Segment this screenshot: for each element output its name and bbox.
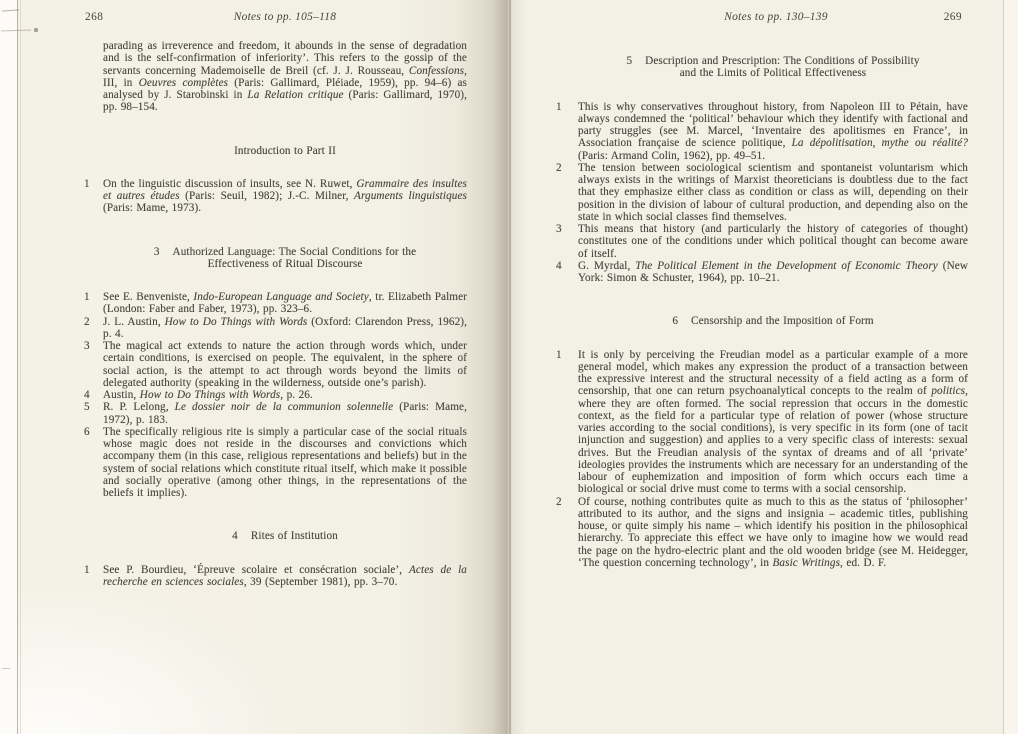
right-page-header: Notes to pp. 130–139 269 bbox=[512, 0, 1004, 38]
note-number: 1 bbox=[84, 564, 90, 576]
italic-text: The Political Element in the Development… bbox=[635, 260, 938, 272]
note-item: 3This means that history (and particular… bbox=[578, 223, 968, 260]
heading-line: and the Limits of Political Effectivenes… bbox=[578, 67, 968, 79]
note-item: 1See P. Bourdieu, ‘Épreuve scolaire et c… bbox=[103, 564, 467, 589]
italic-text: La Relation critique bbox=[247, 89, 343, 101]
note-text: The magical act extends to nature the ac… bbox=[103, 340, 467, 389]
italic-text: Confessions bbox=[409, 65, 464, 77]
left-page: 268 Notes to pp. 105–118 parading as irr… bbox=[17, 0, 508, 734]
heading-line: Introduction to Part II bbox=[103, 145, 467, 157]
right-page: Notes to pp. 130–139 269 5Description an… bbox=[512, 0, 1004, 734]
note-item: 2The tension between sociological scient… bbox=[578, 162, 968, 223]
note-number: 4 bbox=[84, 389, 90, 401]
note-item: 2J. L. Austin, How to Do Things with Wor… bbox=[103, 316, 467, 341]
pencil-mark bbox=[2, 668, 10, 671]
scan-left-margin bbox=[0, 0, 17, 734]
note-number: 4 bbox=[556, 260, 562, 272]
heading-line: Effectiveness of Ritual Discourse bbox=[103, 258, 467, 270]
heading-line: 5Description and Prescription: The Condi… bbox=[578, 55, 968, 67]
italic-text: La dépolitisation, mythe ou réalité? bbox=[792, 137, 968, 149]
note-number: 3 bbox=[556, 223, 562, 235]
note-item: 2Of course, nothing contributes quite as… bbox=[578, 496, 968, 570]
text-run: See E. Benveniste, bbox=[103, 291, 193, 303]
note-item: 1On the linguistic discussion of insults… bbox=[103, 178, 467, 215]
text-run: It is only by perceiving the Freudian mo… bbox=[578, 349, 968, 398]
text-run: (Paris: Seuil, 1982); J.-C. Milner, bbox=[180, 190, 354, 202]
pencil-mark bbox=[34, 28, 38, 32]
note-text: The tension between sociological scienti… bbox=[578, 162, 968, 223]
note-number: 1 bbox=[556, 349, 562, 361]
note-text: It is only by perceiving the Freudian mo… bbox=[578, 349, 968, 496]
note-item: 5R. P. Lelong, Le dossier noir de la com… bbox=[103, 401, 467, 426]
note-text: Of course, nothing contributes quite as … bbox=[578, 496, 968, 570]
note-number: 3 bbox=[84, 340, 90, 352]
text-run: On the linguistic discussion of insults,… bbox=[103, 178, 356, 190]
note-text: G. Myrdal, The Political Element in the … bbox=[578, 260, 968, 285]
note-item: 3The magical act extends to nature the a… bbox=[103, 340, 467, 389]
heading-line: 3Authorized Language: The Social Conditi… bbox=[103, 246, 467, 258]
italic-text: Le dossier noir de la communion solennel… bbox=[175, 401, 394, 413]
note-item: 1This is why conservatives throughout hi… bbox=[578, 101, 968, 162]
italic-text: Basic Writings bbox=[773, 557, 841, 569]
right-running-title: Notes to pp. 130–139 bbox=[578, 11, 974, 23]
note-item: 6The specifically religious rite is simp… bbox=[103, 426, 467, 500]
heading-number: 4 bbox=[232, 530, 238, 542]
left-page-number: 268 bbox=[85, 11, 103, 23]
text-run: The tension between sociological scienti… bbox=[578, 162, 968, 223]
heading-line: 6Censorship and the Imposition of Form bbox=[578, 315, 968, 327]
note-item: 1It is only by perceiving the Freudian m… bbox=[578, 349, 968, 496]
section-heading: 3Authorized Language: The Social Conditi… bbox=[103, 246, 467, 271]
section-heading: Introduction to Part II bbox=[103, 145, 467, 157]
note-item: 4Austin, How to Do Things with Words, p.… bbox=[103, 389, 467, 401]
text-run: , 39 (September 1981), pp. 3–70. bbox=[244, 576, 398, 588]
text-run: G. Myrdal, bbox=[578, 260, 635, 272]
text-run: , where they are often formed. The socia… bbox=[578, 385, 968, 495]
text-run: (Paris: Mame, 1973). bbox=[103, 202, 201, 214]
note-number: 2 bbox=[84, 316, 90, 328]
note-text: See P. Bourdieu, ‘Épreuve scolaire et co… bbox=[103, 564, 467, 589]
note-text: On the linguistic discussion of insults,… bbox=[103, 178, 467, 215]
book-gutter-crease bbox=[509, 0, 511, 734]
note-text: The specifically religious rite is simpl… bbox=[103, 426, 467, 500]
right-page-content: 5Description and Prescription: The Condi… bbox=[512, 55, 1004, 569]
text-run: J. L. Austin, bbox=[103, 316, 165, 328]
note-text: Austin, How to Do Things with Words, p. … bbox=[103, 389, 467, 401]
text-run: , ed. D. F. bbox=[840, 557, 886, 569]
section-heading: 5Description and Prescription: The Condi… bbox=[578, 55, 968, 80]
left-page-header: 268 Notes to pp. 105–118 bbox=[17, 0, 508, 38]
note-number: 1 bbox=[556, 101, 562, 113]
text-run: See P. Bourdieu, ‘Épreuve scolaire et co… bbox=[103, 564, 409, 576]
text-run: , p. 26. bbox=[280, 389, 313, 401]
note-number: 5 bbox=[84, 401, 90, 413]
heading-number: 3 bbox=[154, 246, 160, 258]
italic-text: Oeuvres complètes bbox=[139, 77, 228, 89]
note-number: 2 bbox=[556, 162, 562, 174]
heading-number: 5 bbox=[626, 55, 632, 67]
text-run: The specifically religious rite is simpl… bbox=[103, 426, 467, 499]
italic-text: How to Do Things with Words bbox=[140, 389, 280, 401]
note-text: This is why conservatives throughout his… bbox=[578, 101, 968, 162]
note-item: 4G. Myrdal, The Political Element in the… bbox=[578, 260, 968, 285]
section-heading: 6Censorship and the Imposition of Form bbox=[578, 315, 968, 327]
right-page-edge bbox=[1003, 0, 1004, 734]
paragraph: parading as irreverence and freedom, it … bbox=[103, 40, 467, 114]
note-number: 2 bbox=[556, 496, 562, 508]
italic-text: How to Do Things with Words bbox=[165, 316, 308, 328]
note-item: 1See E. Benveniste, Indo-European Langua… bbox=[103, 291, 467, 316]
heading-number: 6 bbox=[672, 315, 678, 327]
right-page-number: 269 bbox=[944, 11, 962, 23]
italic-text: politics bbox=[931, 385, 965, 397]
note-number: 1 bbox=[84, 291, 90, 303]
note-number: 1 bbox=[84, 178, 90, 190]
scan-right-margin bbox=[1004, 0, 1018, 734]
text-run: This means that history (and particularl… bbox=[578, 223, 968, 260]
text-run: R. P. Lelong, bbox=[103, 401, 175, 413]
italic-text: Indo-European Language and Society bbox=[193, 291, 368, 303]
text-run: The magical act extends to nature the ac… bbox=[103, 340, 467, 389]
left-running-title: Notes to pp. 105–118 bbox=[103, 11, 467, 23]
left-page-content: parading as irreverence and freedom, it … bbox=[17, 40, 508, 588]
left-page-edge-inner bbox=[20, 0, 21, 734]
text-run: (Paris: Armand Colin, 1962), pp. 49–51. bbox=[578, 150, 765, 162]
note-text: See E. Benveniste, Indo-European Languag… bbox=[103, 291, 467, 316]
section-heading: 4Rites of Institution bbox=[103, 530, 467, 542]
note-number: 6 bbox=[84, 426, 90, 438]
note-text: R. P. Lelong, Le dossier noir de la comm… bbox=[103, 401, 467, 426]
note-text: This means that history (and particularl… bbox=[578, 223, 968, 260]
book-scan: 268 Notes to pp. 105–118 parading as irr… bbox=[0, 0, 1018, 734]
note-text: J. L. Austin, How to Do Things with Word… bbox=[103, 316, 467, 341]
italic-text: Arguments linguistiques bbox=[354, 190, 467, 202]
text-run: Austin, bbox=[103, 389, 140, 401]
heading-line: 4Rites of Institution bbox=[103, 530, 467, 542]
left-page-edge bbox=[17, 0, 18, 734]
